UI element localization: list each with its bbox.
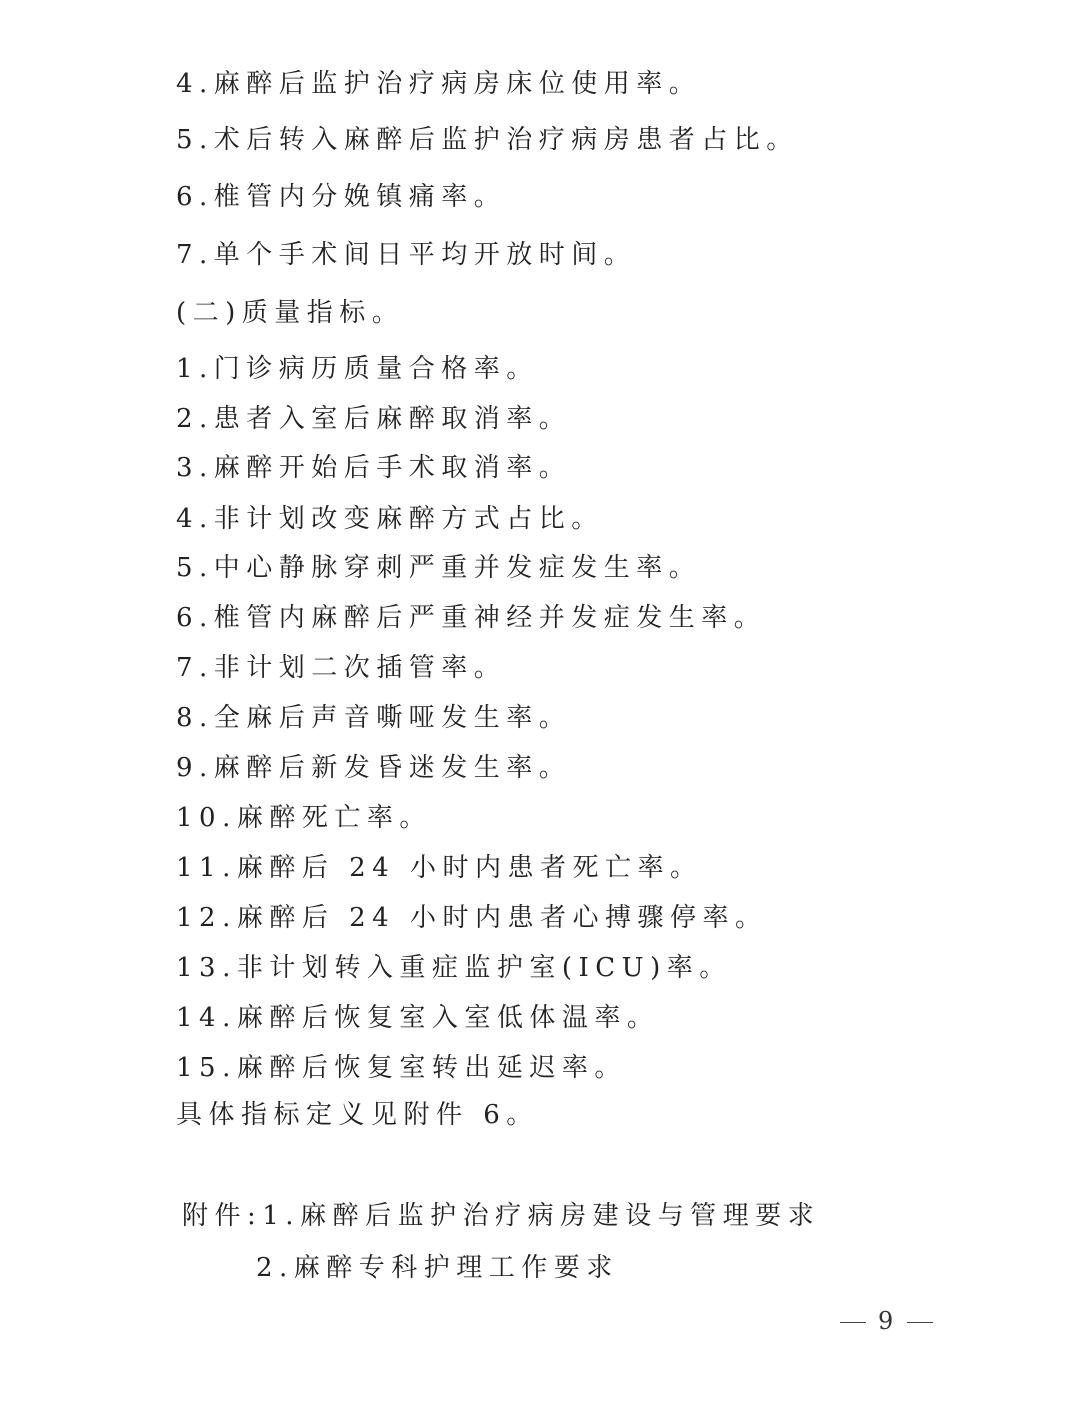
list-item-quality-15: 15.麻醉后恢复室转出延迟率。 <box>176 1052 627 1084</box>
list-item-quality-10: 10.麻醉死亡率。 <box>176 802 432 834</box>
list-item-quality-14: 14.麻醉后恢复室入室低体温率。 <box>176 1002 659 1034</box>
dash-right-decoration <box>907 1322 933 1323</box>
attachment-list-item-2: 2.麻醉专科护理工作要求 <box>256 1252 619 1284</box>
section-heading-quality-indicators: (二)质量指标。 <box>176 297 404 329</box>
list-item-workload-6: 6.椎管内分娩镇痛率。 <box>176 181 506 213</box>
list-item-workload-4: 4.麻醉后监护治疗病房床位使用率。 <box>176 68 701 100</box>
list-item-quality-6: 6.椎管内麻醉后严重神经并发症发生率。 <box>176 602 766 634</box>
attachment-list-item-1: 附件:1.麻醉后监护治疗病房建设与管理要求 <box>182 1200 820 1232</box>
dash-left-decoration <box>840 1322 866 1323</box>
list-item-quality-13: 13.非计划转入重症监护室(ICU)率。 <box>176 952 732 984</box>
list-item-quality-8: 8.全麻后声音嘶哑发生率。 <box>176 702 571 734</box>
page-number: 9 <box>878 1307 895 1335</box>
page-number-footer: 9 <box>828 1306 945 1336</box>
list-item-quality-12: 12.麻醉后 24 小时内患者心搏骤停率。 <box>176 902 767 934</box>
document-page: 4.麻醉后监护治疗病房床位使用率。 5.术后转入麻醉后监护治疗病房患者占比。 6… <box>0 0 1078 1408</box>
list-item-quality-5: 5.中心静脉穿刺严重并发症发生率。 <box>176 552 701 584</box>
list-item-quality-3: 3.麻醉开始后手术取消率。 <box>176 452 571 484</box>
list-item-quality-11: 11.麻醉后 24 小时内患者死亡率。 <box>176 852 702 884</box>
definition-reference-note: 具体指标定义见附件 6。 <box>176 1099 539 1131</box>
list-item-quality-4: 4.非计划改变麻醉方式占比。 <box>176 503 604 535</box>
list-item-quality-7: 7.非计划二次插管率。 <box>176 652 506 684</box>
list-item-quality-2: 2.患者入室后麻醉取消率。 <box>176 403 571 435</box>
list-item-workload-5: 5.术后转入麻醉后监护治疗病房患者占比。 <box>176 124 799 156</box>
list-item-workload-7: 7.单个手术间日平均开放时间。 <box>176 239 636 271</box>
list-item-quality-1: 1.门诊病历质量合格率。 <box>176 353 539 385</box>
list-item-quality-9: 9.麻醉后新发昏迷发生率。 <box>176 752 571 784</box>
